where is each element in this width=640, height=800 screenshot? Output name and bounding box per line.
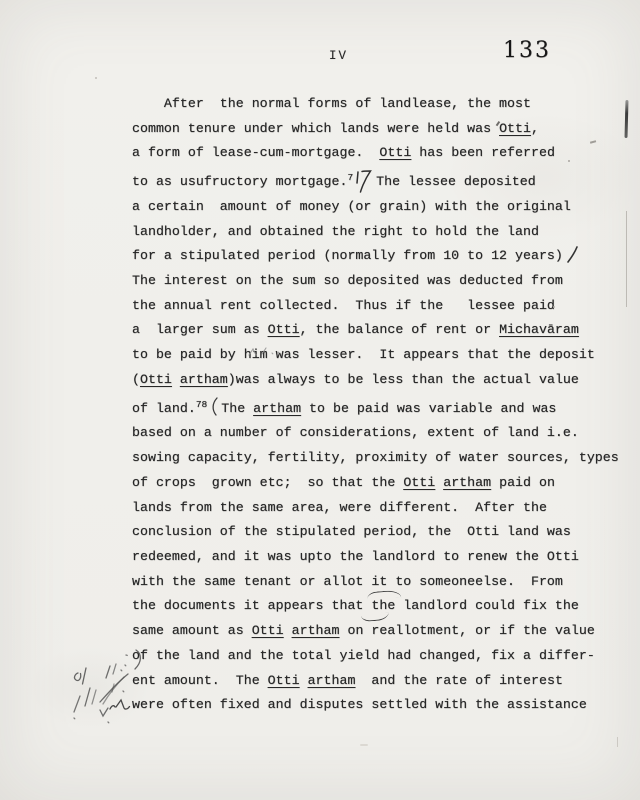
dust-speck <box>95 77 97 79</box>
text-run: conclusion of the stipulated period, the… <box>132 524 571 539</box>
text-line: redeemed, and it was upto the landlord t… <box>132 545 632 570</box>
text-run: After the normal forms of landlease, the… <box>132 96 531 111</box>
underlined-term: Otti <box>140 372 172 387</box>
text-run <box>172 372 180 387</box>
text-line: a larger sum as Otti, the balance of ren… <box>132 318 632 343</box>
text-run: with the same tenant or allot it to some… <box>132 574 563 589</box>
text-line: conclusion of the stipulated period, the… <box>132 520 632 545</box>
text-run: ( <box>132 372 140 387</box>
text-run <box>300 673 308 688</box>
footnote-number: 7 <box>347 172 353 183</box>
text-run: of crops grown etc; so that the <box>132 475 403 490</box>
text-run: based on a number of considerations, ext… <box>132 425 579 440</box>
underlined-term: Otti <box>403 475 435 490</box>
section-heading: IV <box>329 49 348 63</box>
underlined-term: Otti <box>379 145 411 160</box>
text-run: and the rate of interest <box>355 673 562 688</box>
text-run: to as usufructory mortgage. <box>132 174 347 189</box>
underlined-term: artham <box>253 401 301 416</box>
text-line: the documents it appears that the landlo… <box>132 594 632 619</box>
text-run: of the land and the total yield had chan… <box>132 648 595 663</box>
text-run: sowing capacity, fertility, proximity of… <box>132 450 619 465</box>
scan-edge-mark-faint <box>626 211 627 307</box>
text-run: to be paid by him was lesser. It appears… <box>132 347 595 362</box>
text-run: redeemed, and it was upto the landlord t… <box>132 549 579 564</box>
scan-edge-mark-small <box>617 737 618 747</box>
text-line: a certain amount of money (or grain) wit… <box>132 195 632 220</box>
text-run: a larger sum as <box>132 322 268 337</box>
underlined-term: Otti <box>268 322 300 337</box>
text-run: The interest on the sum so deposited was… <box>132 273 563 288</box>
footnote-number: 78 <box>196 399 207 410</box>
text-line: lands from the same area, were different… <box>132 496 632 521</box>
text-run: a form of lease-cum-mortgage. <box>132 145 379 160</box>
text-line: for a stipulated period (normally from 1… <box>132 244 632 269</box>
text-run: The lessee deposited <box>376 174 536 189</box>
text-line: same amount as Otti artham on reallotmen… <box>132 619 632 644</box>
text-run: landholder, and obtained the right to ho… <box>132 224 539 239</box>
underlined-term: Otti <box>252 623 284 638</box>
page-number: 133 <box>503 38 551 63</box>
text-run <box>284 623 292 638</box>
text-line: the annual rent collected. Thus if the l… <box>132 294 632 319</box>
underlined-term: Otti <box>268 673 300 688</box>
text-line: were often fixed and disputes settled wi… <box>132 693 632 718</box>
text-run: were often fixed and disputes settled wi… <box>132 697 587 712</box>
text-run: , the balance of rent or <box>300 322 500 337</box>
text-line: of the land and the total yield had chan… <box>132 644 632 669</box>
text-line: The interest on the sum so deposited was… <box>132 269 632 294</box>
text-run: of land. <box>132 401 196 416</box>
text-run: to be paid was variable and was <box>301 401 556 416</box>
margin-scribble <box>66 644 181 729</box>
text-line: ent amount. The Otti artham and the rate… <box>132 669 632 694</box>
text-line: (Otti artham)was always to be less than … <box>132 368 632 393</box>
smudge <box>360 744 368 746</box>
underlined-term: artham <box>180 372 228 387</box>
text-run: paid on <box>491 475 555 490</box>
text-run: common tenure under which lands were hel… <box>132 121 499 136</box>
text-line: After the normal forms of landlease, the… <box>132 92 632 117</box>
underlined-term: Otti <box>499 121 531 136</box>
text-run: )was always to be less than the actual v… <box>228 372 579 387</box>
text-line: to as usufructory mortgage.7The lessee d… <box>132 166 632 195</box>
text-run: the annual rent collected. Thus if the l… <box>132 298 555 313</box>
text-run: , <box>531 121 539 136</box>
body-text: After the normal forms of landlease, the… <box>132 92 632 718</box>
handwritten-paren-icon <box>210 397 218 416</box>
underlined-term: artham <box>292 623 340 638</box>
text-run: lands from the same area, were different… <box>132 500 547 515</box>
text-line: to be paid by him was lesser. It appears… <box>132 343 632 368</box>
annotated-word: the <box>371 598 395 613</box>
text-line: of crops grown etc; so that the Otti art… <box>132 471 632 496</box>
underlined-term: artham <box>308 673 356 688</box>
text-line: based on a number of considerations, ext… <box>132 421 632 446</box>
handwritten-slash-icon <box>566 245 579 264</box>
text-line: sowing capacity, fertility, proximity of… <box>132 446 632 471</box>
underlined-term: artham <box>443 475 491 490</box>
handwritten-footnote-mark-icon <box>354 170 374 194</box>
text-run: the documents it appears that <box>132 598 371 613</box>
text-run: for a stipulated period (normally from 1… <box>132 248 563 263</box>
text-run: The <box>221 401 253 416</box>
dust-speck <box>568 160 570 162</box>
caret-marks <box>245 346 285 358</box>
text-run: same amount as <box>132 623 252 638</box>
text-line: common tenure under which lands were hel… <box>132 117 632 142</box>
text-run: landlord could fix the <box>395 598 579 613</box>
text-line: of land.78The artham to be paid was vari… <box>132 393 632 422</box>
scanned-page: IV 133 After the normal forms of landlea… <box>0 0 640 800</box>
text-run: on reallotment, or if the value <box>340 623 595 638</box>
dust-speck <box>553 306 555 308</box>
text-run: a certain amount of money (or grain) wit… <box>132 199 571 214</box>
text-line: a form of lease-cum-mortgage. Otti has b… <box>132 141 632 166</box>
text-line: landholder, and obtained the right to ho… <box>132 220 632 245</box>
underlined-term: Michavāram <box>499 322 579 337</box>
text-run: has been referred <box>411 145 555 160</box>
